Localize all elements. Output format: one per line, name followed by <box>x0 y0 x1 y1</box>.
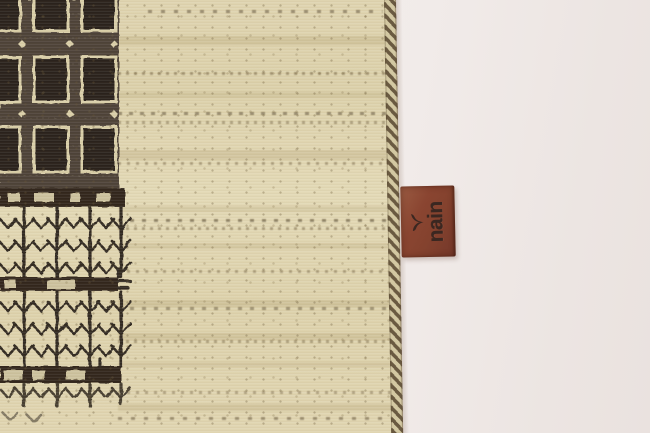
tree-motifs-upper <box>0 207 132 277</box>
rug-pattern <box>0 0 140 433</box>
arrow-motifs-fading <box>1 384 130 422</box>
checkered-band-bottom <box>0 359 121 383</box>
checkered-band-middle <box>0 269 130 291</box>
tree-motifs-lower <box>0 292 132 366</box>
brand-tag-content: nain <box>400 185 455 257</box>
brand-text: nain <box>425 201 447 243</box>
photo-scene: nain <box>0 0 650 433</box>
rug-texture-striations <box>118 0 394 433</box>
grid-panel <box>0 0 125 207</box>
brand-tag: nain <box>400 185 455 257</box>
rug <box>0 0 393 433</box>
leaf-icon <box>410 212 424 231</box>
